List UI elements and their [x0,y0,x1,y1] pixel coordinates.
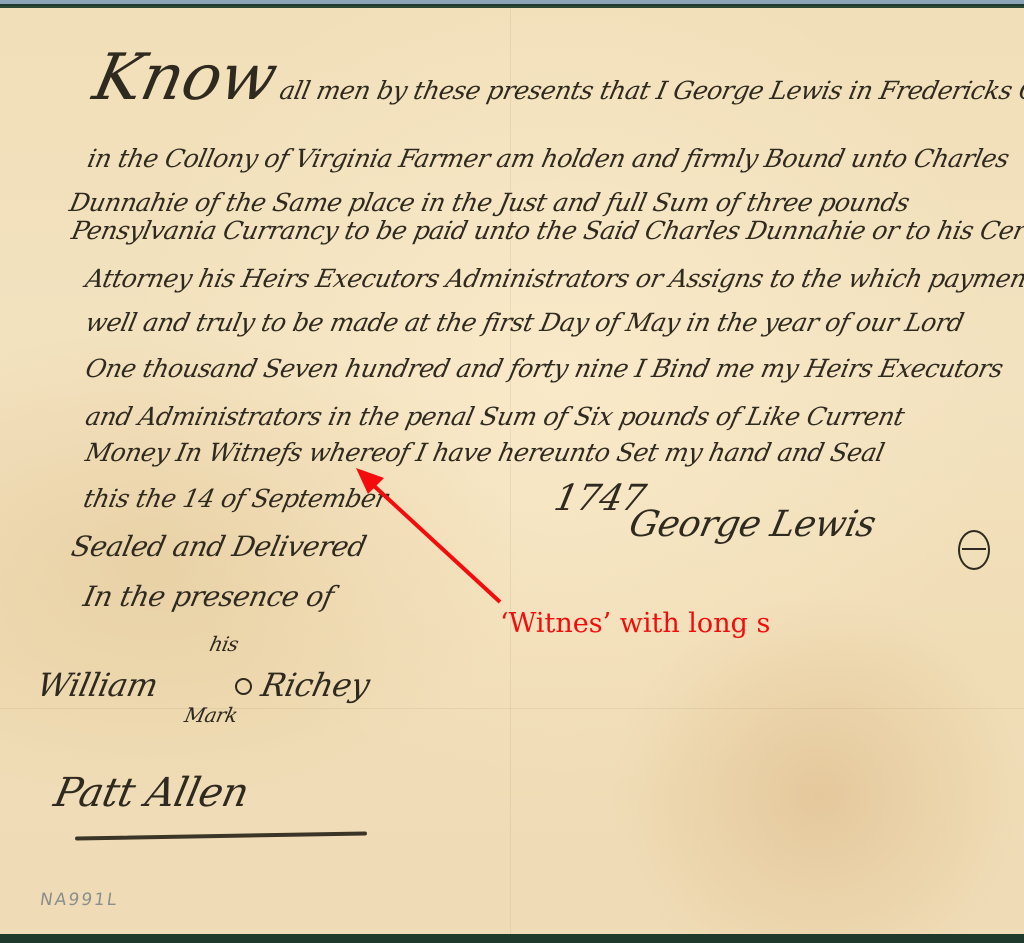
annotation-arrow-icon [0,0,1024,943]
annotation-label: ‘Witnes’ with long s [500,608,770,639]
